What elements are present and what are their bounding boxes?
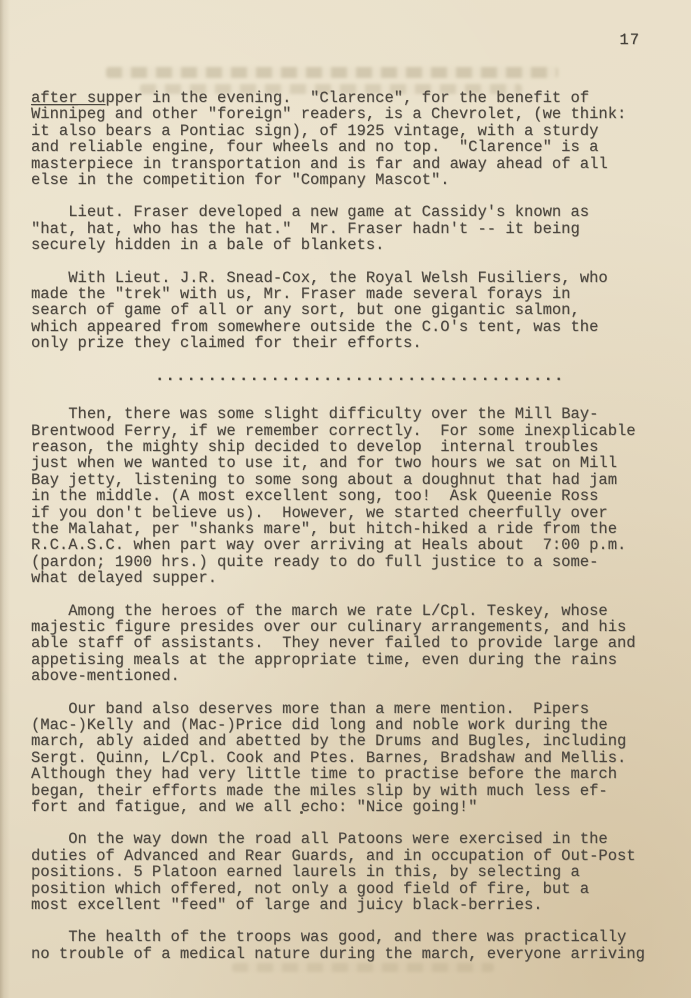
paragraph-teskey-cooks: Among the heroes of the march we rate L/… — [31, 603, 665, 685]
ink-bleed-through-bottom — [232, 963, 494, 972]
paragraph-hat-game: Lieut. Fraser developed a new game at Ca… — [31, 204, 665, 253]
dotted-separator: ....................................... — [31, 368, 665, 384]
paragraph-clarence-rest: and other "foreign" readers, is a Chevro… — [31, 105, 626, 189]
paragraph-clarence: after supper in the evening. "Clarence",… — [31, 90, 665, 188]
ink-speck — [300, 811, 303, 814]
overlined-word-winnipeg: Winnipeg — [31, 105, 105, 123]
ink-bleed-through-line-1 — [106, 67, 558, 78]
paragraph-snead-cox: With Lieut. J.R. Snead-Cox, the Royal We… — [31, 270, 665, 352]
paragraph-health: The health of the troops was good, and t… — [31, 929, 665, 962]
paragraph-mill-bay-ferry: Then, there was some slight difficulty o… — [31, 406, 665, 586]
page-body: after supper in the evening. "Clarence",… — [31, 90, 665, 978]
paragraph-band: Our band also deserves more than a mere … — [31, 701, 665, 816]
paragraph-platoons: On the way down the road all Patoons wer… — [31, 831, 665, 913]
document-page: 17 after supper in the evening. "Clarenc… — [0, 0, 691, 998]
page-number: 17 — [619, 31, 640, 49]
